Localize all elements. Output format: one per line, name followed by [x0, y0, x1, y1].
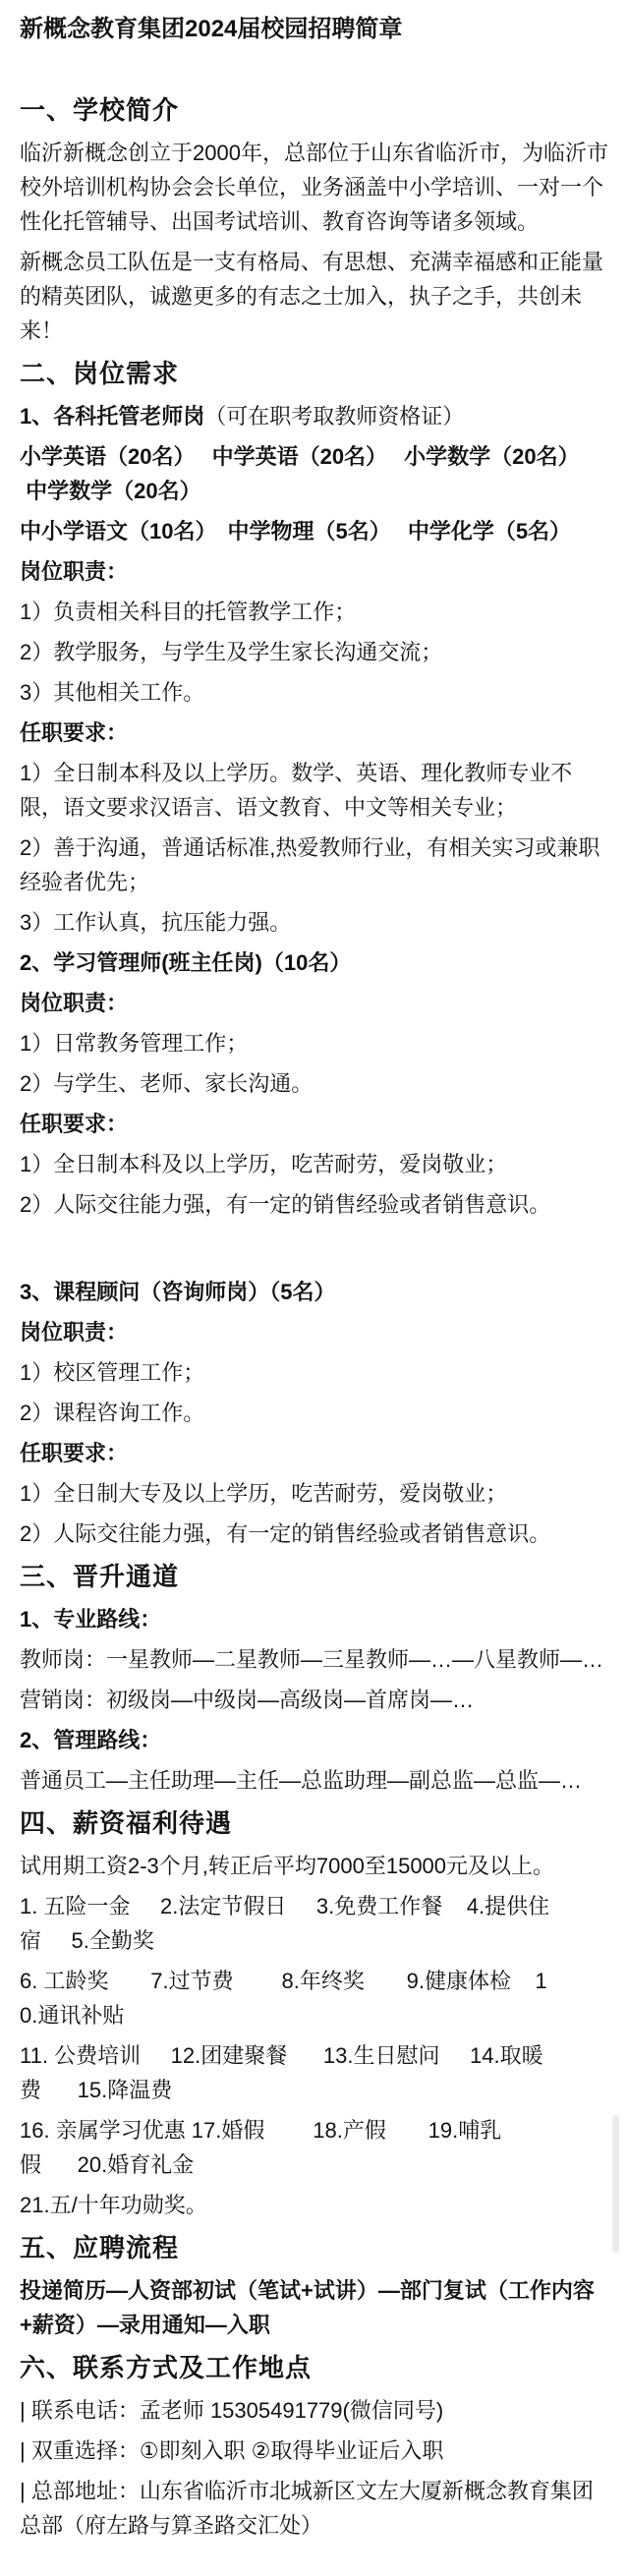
text-run: 1）负责相关科目的托管教学工作； [20, 600, 356, 624]
text-run: 2）与学生、老师、家长沟通。 [20, 1071, 313, 1096]
benefit-row-3: 11. 公费培训 12.团建聚餐 13.生日慰问 14.取暖 费 15.降温费 [20, 2038, 609, 2107]
sub-heading-note: （可在职考取教师资格证） [204, 404, 464, 429]
promotion-path-marketing: 营销岗：初级岗—中级岗—高级岗—首席岗—… [20, 1683, 609, 1717]
text-run: 二、岗位需求 [20, 359, 179, 388]
text-run: 2）课程咨询工作。 [20, 1401, 204, 1425]
document-body: 一、学校简介临沂新概念创立于2000年，总部位于山东省临沂市，为临沂市校外培训机… [20, 90, 609, 2543]
contact-options: | 双重选择：①即刻入职 ②取得毕业证后入职 [20, 2433, 609, 2468]
page-title: 新概念教育集团2024届校园招聘简章 [20, 12, 609, 47]
text-run: 1）校区管理工作； [20, 1360, 204, 1385]
text-run: 3）其他相关工作。 [20, 680, 204, 705]
scrollbar-thumb[interactable] [612, 2115, 619, 2253]
text-run: 岗位职责： [20, 1320, 128, 1345]
text-run: 1）全日制大专及以上学历，吃苦耐劳，爱岗敬业； [20, 1481, 507, 1506]
requirement-item: 2）人际交往能力强，有一定的销售经验或者销售意识。 [20, 1517, 609, 1551]
recruitment-notice-page: 新概念教育集团2024届校园招聘简章 一、学校简介临沂新概念创立于2000年，总… [0, 0, 628, 2576]
text-run: 1、各科托管老师岗 [20, 404, 204, 429]
section-heading-process: 五、应聘流程 [20, 2228, 609, 2267]
text-run: 新概念员工队伍是一支有格局、有思想、充满幸福感和正能量的精英团队，诚邀更多的有志… [20, 250, 603, 343]
text-run: 五、应聘流程 [20, 2233, 179, 2262]
text-run: 3）工作认真，抗压能力强。 [20, 910, 291, 935]
text-run: 2）人际交往能力强，有一定的销售经验或者销售意识。 [20, 1521, 550, 1546]
section-heading-contact: 六、联系方式及工作地点 [20, 2348, 609, 2387]
text-run: 投递简历—人资部初试（笔试+试讲）—部门复试（工作内容+薪资）—录用通知—入职 [20, 2278, 595, 2337]
text-run: 2）教学服务，与学生及学生家长沟通交流； [20, 640, 442, 664]
sub-heading-requirements: 任职要求： [20, 1107, 609, 1141]
text-run: | 总部地址：山东省临沂市北城新区文左大厦新概念教育集团总部（府左路与算圣路交汇… [20, 2479, 594, 2538]
text-run: 2、管理路线： [20, 1728, 161, 1752]
benefit-row-1: 1. 五险一金 2.法定节假日 3.免费工作餐 4.提供住 宿 5.全勤奖 [20, 1889, 609, 1958]
text-run: 2）人际交往能力强，有一定的销售经验或者销售意识。 [20, 1192, 550, 1217]
text-run: 2）善于沟通，普通话标准,热爱教师行业，有相关实习或兼职经验者优先； [20, 835, 599, 894]
text-run: | 联系电话：孟老师 15305491779(微信同号) [20, 2398, 443, 2423]
duty-item: 1）日常教务管理工作； [20, 1026, 609, 1060]
sub-heading-job-2: 2、学习管理师(班主任岗)（10名） [20, 945, 609, 980]
text-run: 任职要求： [20, 720, 128, 745]
sub-heading-duties: 岗位职责： [20, 1315, 609, 1349]
sub-heading-requirements: 任职要求： [20, 716, 609, 750]
text-run: 六、联系方式及工作地点 [20, 2353, 312, 2382]
duty-item: 2）教学服务，与学生及学生家长沟通交流； [20, 635, 609, 669]
paragraph-intro-1: 临沂新概念创立于2000年，总部位于山东省临沂市，为临沂市校外培训机构协会会长单… [20, 136, 609, 239]
text-run: 临沂新概念创立于2000年，总部位于山东省临沂市，为临沂市校外培训机构协会会长单… [20, 141, 608, 234]
sub-heading-duties: 岗位职责： [20, 554, 609, 589]
text-run: 21.五/十年功勋奖。 [20, 2193, 207, 2217]
contact-address: | 总部地址：山东省临沂市北城新区文左大厦新概念教育集团总部（府左路与算圣路交汇… [20, 2474, 609, 2543]
sub-heading-management-path: 2、管理路线： [20, 1723, 609, 1757]
text-run: 6. 工龄奖 7.过节费 8.年终奖 9.健康体检 1 0.通讯补贴 [20, 1969, 547, 2028]
requirement-item: 1）全日制大专及以上学历，吃苦耐劳，爱岗敬业； [20, 1476, 609, 1511]
text-run: 岗位职责： [20, 991, 128, 1015]
benefit-row-4: 16. 亲属学习优惠 17.婚假 18.产假 19.哺乳 假 20.婚育礼金 [20, 2113, 609, 2182]
positions-row-2: 中小学语文（10名） 中学物理（5名） 中学化学（5名） [20, 514, 609, 548]
text-run: 教师岗：一星教师—二星教师—三星教师—…—八星教师—… [20, 1647, 603, 1672]
requirement-item: 3）工作认真，抗压能力强。 [20, 905, 609, 940]
requirement-item: 1）全日制本科及以上学历，吃苦耐劳，爱岗敬业； [20, 1147, 609, 1181]
text-run: 小学英语（20名） 中学英语（20名） 小学数学（20名） 中学数学（20名） [20, 444, 580, 503]
sub-heading-job-1: 1、各科托管老师岗（可在职考取教师资格证） [20, 399, 609, 433]
promotion-path-teacher: 教师岗：一星教师—二星教师—三星教师—…—八星教师—… [20, 1642, 609, 1677]
text-run: 中小学语文（10名） 中学物理（5名） 中学化学（5名） [20, 519, 571, 544]
benefit-row-5: 21.五/十年功勋奖。 [20, 2188, 609, 2222]
section-heading-promotion: 三、晋升通道 [20, 1557, 609, 1596]
duty-item: 2）与学生、老师、家长沟通。 [20, 1066, 609, 1101]
text-run: 16. 亲属学习优惠 17.婚假 18.产假 19.哺乳 假 20.婚育礼金 [20, 2118, 501, 2177]
text-run: 三、晋升通道 [20, 1562, 179, 1591]
duty-item: 1）校区管理工作； [20, 1355, 609, 1390]
text-run: 一、学校简介 [20, 95, 179, 125]
text-run: 1）日常教务管理工作； [20, 1031, 248, 1056]
application-process: 投递简历—人资部初试（笔试+试讲）—部门复试（工作内容+薪资）—录用通知—入职 [20, 2273, 609, 2342]
benefit-row-2: 6. 工龄奖 7.过节费 8.年终奖 9.健康体检 1 0.通讯补贴 [20, 1964, 609, 2032]
requirement-item: 1）全日制本科及以上学历。数学、英语、理化教师专业不限，语文要求汉语言、语文教育… [20, 756, 609, 825]
section-heading-positions: 二、岗位需求 [20, 354, 609, 393]
text-run: 3、课程顾问（咨询师岗）（5名） [20, 1280, 335, 1304]
sub-heading-job-3: 3、课程顾问（咨询师岗）（5名） [20, 1275, 609, 1309]
text-run: | 双重选择：①即刻入职 ②取得毕业证后入职 [20, 2438, 443, 2463]
duty-item: 2）课程咨询工作。 [20, 1396, 609, 1430]
duty-item: 3）其他相关工作。 [20, 675, 609, 710]
text-run: 1、专业路线： [20, 1607, 161, 1631]
text-run: 1. 五险一金 2.法定节假日 3.免费工作餐 4.提供住 宿 5.全勤奖 [20, 1894, 549, 1953]
text-run: 营销岗：初级岗—中级岗—高级岗—首席岗—… [20, 1688, 474, 1712]
contact-phone: | 联系电话：孟老师 15305491779(微信同号) [20, 2393, 609, 2428]
requirement-item: 2）人际交往能力强，有一定的销售经验或者销售意识。 [20, 1187, 609, 1222]
text-run: 11. 公费培训 12.团建聚餐 13.生日慰问 14.取暖 费 15.降温费 [20, 2043, 543, 2102]
duty-item: 1）负责相关科目的托管教学工作； [20, 595, 609, 629]
salary-summary: 试用期工资2-3个月,转正后平均7000至15000元及以上。 [20, 1849, 609, 1883]
text-run: 岗位职责： [20, 559, 128, 584]
requirement-item: 2）善于沟通，普通话标准,热爱教师行业，有相关实习或兼职经验者优先； [20, 830, 609, 899]
text-run: 任职要求： [20, 1112, 128, 1136]
text-run: 1）全日制本科及以上学历。数学、英语、理化教师专业不限，语文要求汉语言、语文教育… [20, 761, 572, 820]
section-heading-school-intro: 一、学校简介 [20, 90, 609, 130]
text-run: 四、薪资福利待遇 [20, 1808, 232, 1838]
text-run: 试用期工资2-3个月,转正后平均7000至15000元及以上。 [20, 1854, 554, 1878]
text-run: 2、学习管理师(班主任岗)（10名） [20, 950, 351, 975]
sub-heading-professional-path: 1、专业路线： [20, 1602, 609, 1636]
promotion-path-management: 普通员工—主任助理—主任—总监助理—副总监—总监—… [20, 1763, 609, 1798]
text-run: 普通员工—主任助理—主任—总监助理—副总监—总监—… [20, 1768, 582, 1793]
text-run: 1）全日制本科及以上学历，吃苦耐劳，爱岗敬业； [20, 1152, 507, 1176]
sub-heading-requirements: 任职要求： [20, 1436, 609, 1470]
sub-heading-duties: 岗位职责： [20, 986, 609, 1020]
text-run: 任职要求： [20, 1441, 128, 1465]
section-heading-salary: 四、薪资福利待遇 [20, 1803, 609, 1843]
positions-row-1: 小学英语（20名） 中学英语（20名） 小学数学（20名） 中学数学（20名） [20, 439, 609, 508]
paragraph-intro-2: 新概念员工队伍是一支有格局、有思想、充满幸福感和正能量的精英团队，诚邀更多的有志… [20, 245, 609, 348]
